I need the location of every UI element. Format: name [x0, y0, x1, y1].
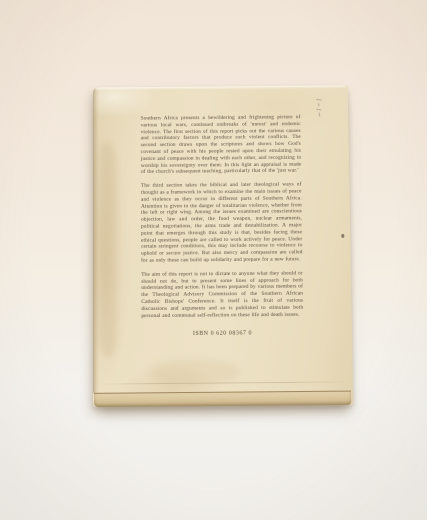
water-stain: [100, 141, 116, 357]
back-cover-text: Southern Africa presents a bewildering a…: [141, 114, 304, 337]
blurb-paragraph-3: The aim of this report is not to dictate…: [141, 270, 303, 319]
blurb-paragraph-2: The third section takes the biblical and…: [141, 182, 303, 265]
ink-speck: [341, 234, 344, 238]
isbn-text: ISBN 0 620 08367 0: [141, 330, 303, 338]
page-edges: [94, 391, 351, 408]
spine-edge: [93, 88, 99, 394]
book-back-cover: Southern Africa presents a bewildering a…: [93, 85, 353, 407]
cover-top-edge-highlight: [95, 85, 346, 90]
photo-background: Southern Africa presents a bewildering a…: [0, 0, 427, 520]
pencil-marks: [315, 95, 322, 123]
blurb-paragraph-1: Southern Africa presents a bewildering a…: [141, 114, 302, 176]
cover-crease: [97, 381, 349, 384]
